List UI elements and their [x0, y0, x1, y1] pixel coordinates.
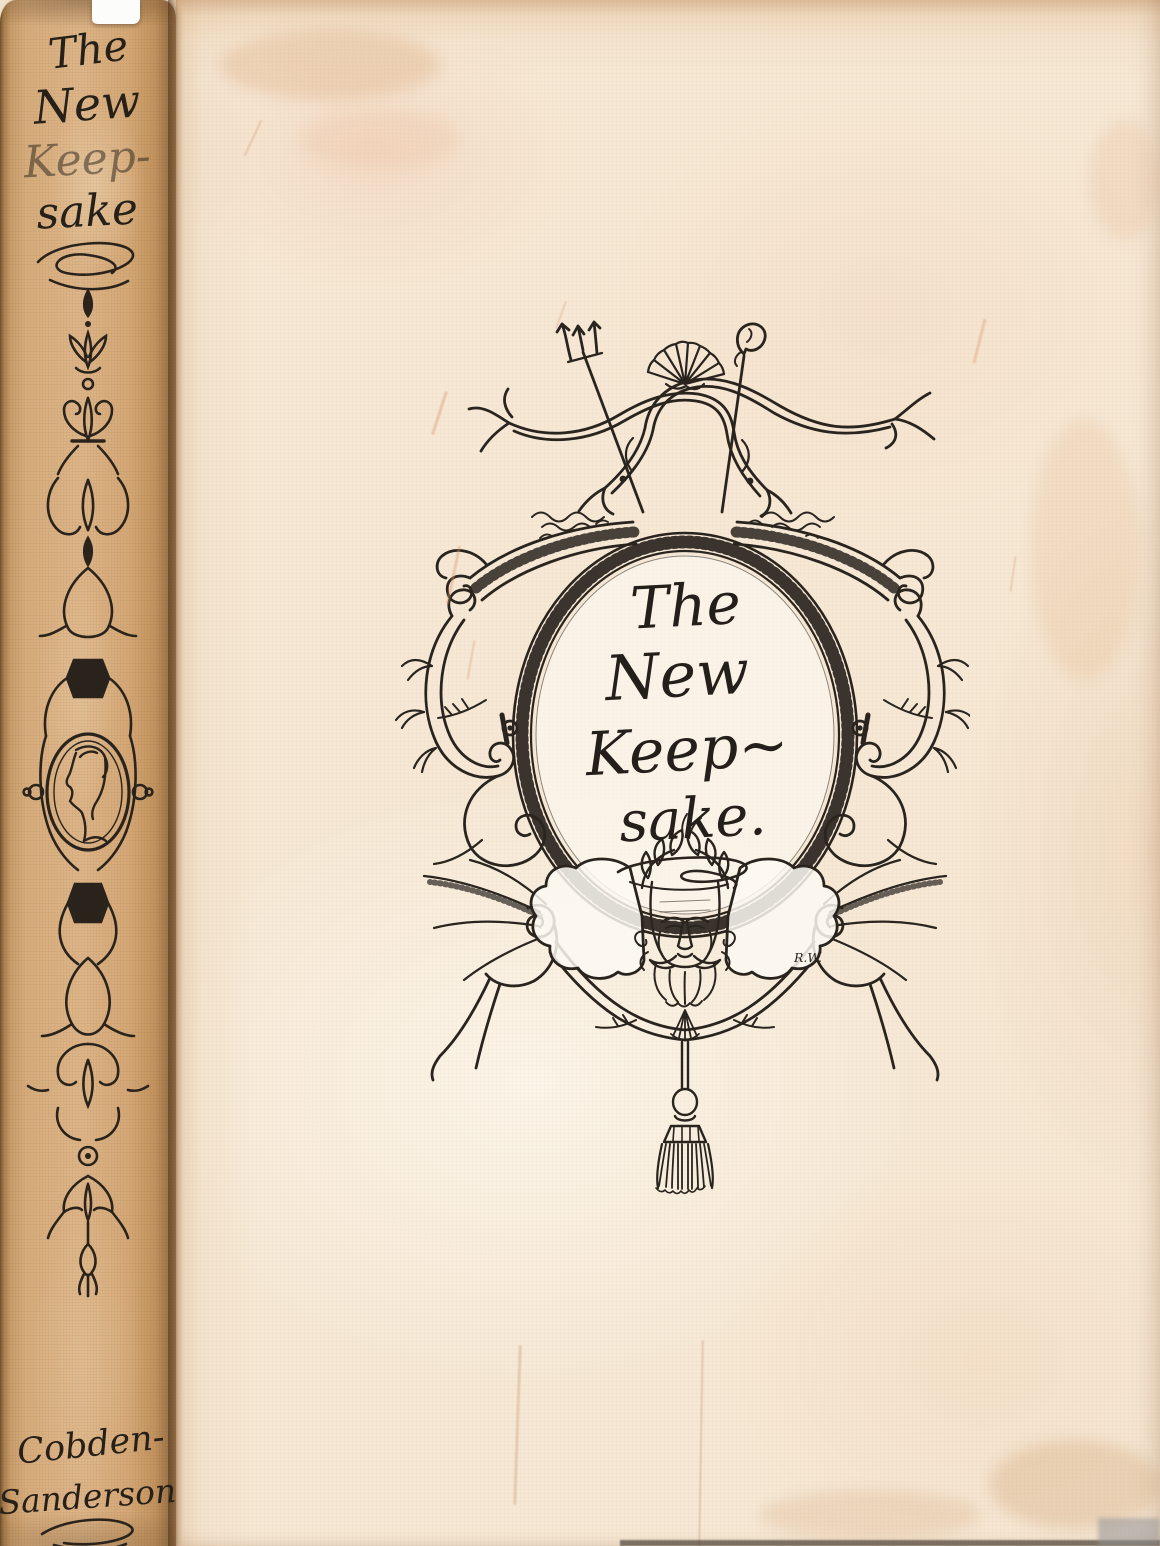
- spine-title-line: The: [46, 20, 131, 78]
- stain: [760, 1490, 980, 1540]
- spine-title-line: sake: [35, 183, 139, 239]
- cover-title-line: sake.: [618, 783, 768, 856]
- spine-title-line: New: [31, 73, 142, 134]
- spine-publisher-flourish: [42, 1520, 133, 1546]
- spine-title-script: The New Keep- sake: [22, 20, 152, 239]
- spine-ornament-engraving: The New Keep- sake: [0, 0, 176, 1546]
- cartouche-engraving: R.W. The New Keep~ sake.: [390, 320, 970, 1200]
- tassel-fringe: [656, 1144, 713, 1194]
- spine-title-line: Keep-: [22, 131, 152, 189]
- dolphin-right: [469, 389, 791, 516]
- sceptre-icon: [722, 324, 765, 512]
- stain: [220, 30, 440, 100]
- stain: [1030, 420, 1140, 680]
- cover-title-line: The: [629, 569, 743, 643]
- spine-title-flourish: [38, 243, 133, 289]
- photo-corner-artifact: [1098, 1518, 1160, 1546]
- mask-fan: [671, 1010, 699, 1040]
- tassel: [656, 1042, 713, 1194]
- stain: [300, 110, 460, 170]
- spine-cameo-profile: [67, 746, 107, 841]
- stain: [990, 1440, 1160, 1530]
- book-cover-photo: { "page": { "title": "The New Keepsake" …: [0, 0, 1160, 1546]
- spine-publisher-line: Sanderson: [0, 1471, 176, 1522]
- engraver-monogram: R.W.: [793, 950, 822, 965]
- cover-title-line: Keep~: [583, 710, 790, 791]
- spine-ornament-chain: [24, 291, 153, 1296]
- dolphin-crest: [469, 322, 934, 531]
- photo-bottom-edge: [620, 1540, 1160, 1546]
- stain: [1090, 120, 1160, 240]
- spine-publisher-line: Cobden-: [15, 1417, 166, 1472]
- spine-publisher-script: Cobden- Sanderson: [0, 1417, 176, 1522]
- cover-title-line: New: [601, 635, 751, 716]
- spine-cameo-side-rosettes: [24, 736, 153, 832]
